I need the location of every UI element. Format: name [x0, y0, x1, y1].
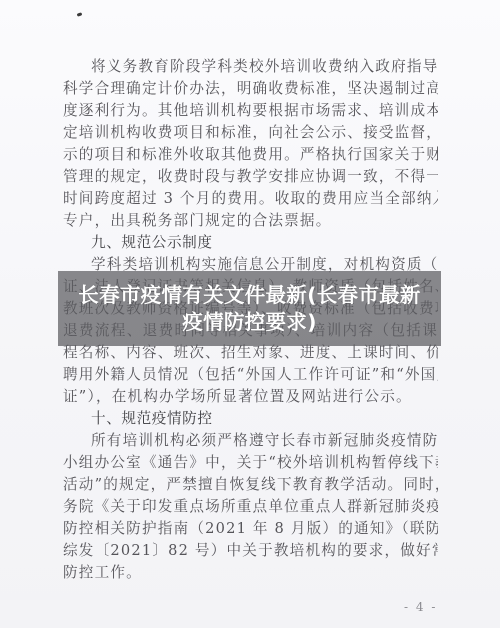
paragraph-line: 务院《关于印发重点场所重点单位重点人群新冠肺炎疫情常态化 [63, 496, 438, 518]
paragraph-line: 度逐利行为。其他培训机构要根据市场需求、培训成本等因素确 [63, 100, 438, 122]
scan-speck [77, 12, 83, 17]
paragraph-line: 示的项目和标准外收取其他费用。严格执行国家关于财务与资产 [63, 144, 438, 166]
section-heading-9: 九、规范公示制度 [91, 232, 213, 254]
title-overlay: 长春市疫情有关文件最新(长春市最新疫情防控要求) [58, 271, 441, 346]
paragraph-line: 专户，出具税务部门规定的合法票据。 [63, 210, 438, 232]
overlay-title: 长春市疫情有关文件最新(长春市最新疫情防控要求) [70, 282, 430, 336]
document-page: 将义务教育阶段学科类校外培训收费纳入政府指导价管理， 科学合理确定计价办法，明确… [0, 0, 500, 628]
paragraph-line: 所有培训机构必须严格遵守长春市新冠肺炎疫情防控领导 [91, 430, 438, 452]
paragraph-line: 定培训机构收费项目和标准，向社会公示、接受监督，不得在公 [63, 122, 438, 144]
paragraph-line: 活动”的规定，严禁擅自恢复线下教育教学活动。同时，落实国 [63, 474, 438, 496]
paragraph-line: 小组办公室《通告》中，关于“校外培训机构暂停线下教育教学 [63, 452, 438, 474]
paragraph-line: 聘用外籍人员情况（包括“外国人工作许可证”和“外国人居留 [63, 364, 438, 386]
paragraph-line: 科学合理确定计价办法，明确收费标准，坚决遏制过高收费和过 [63, 78, 438, 100]
paragraph-line: 证”），在机构办学场所显著位置及网站进行公示。 [63, 386, 438, 408]
page-number: - 4 - [404, 600, 437, 614]
section-heading-10: 十、规范疫情防控 [91, 408, 213, 430]
paragraph-line: 时间跨度超过 3 个月的费用。收取的费用应当全部纳入学校财务 [63, 188, 438, 210]
paragraph-line: 防控相关防护指南（2021 年 8 月版）的通知》（联防联控机制 [63, 518, 438, 540]
paragraph-line: 综发〔2021〕82 号）中关于教培机构的要求，做好常态化疫情 [63, 540, 438, 562]
paragraph-line: 防控工作。 [63, 562, 438, 584]
paragraph-line: 将义务教育阶段学科类校外培训收费纳入政府指导价管理， [91, 56, 438, 78]
paragraph-line: 管理的规定，收费时段与教学安排应协调一致，不得一次性收取 [63, 166, 438, 188]
